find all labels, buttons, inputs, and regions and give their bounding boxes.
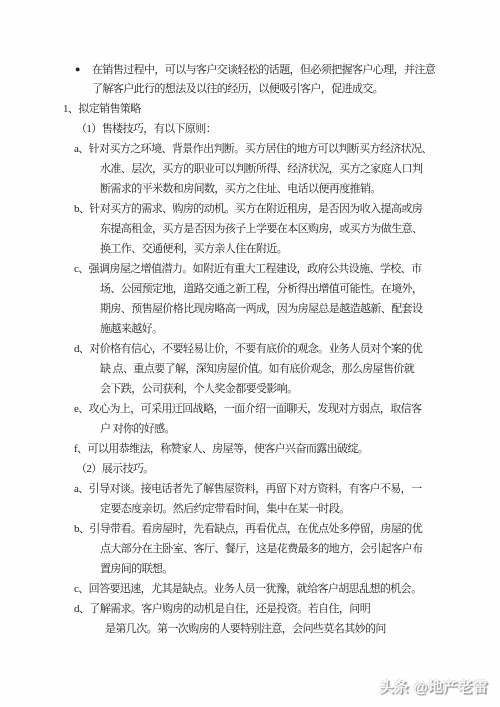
- text-line: 是第几次。第一次购房的人要特别注意，会问些莫名其妙的问: [105, 619, 500, 639]
- text-line: 点大部分在主卧室、客厅、餐厅，这是花费最多的地方，会引起客户布: [100, 539, 500, 559]
- text-line: 定要态度亲切。然后约定带看时间，集中在某一时段。: [100, 499, 500, 519]
- toutiao-watermark: 头条 @地产老雷: [379, 676, 488, 697]
- text-line: 场、公园预定地，道路交通之新工程，分析得出增值可能性。在境外，: [100, 279, 500, 299]
- list-item: c、强调房屋之增值潜力。如附近有重大工程建设，政府公共设施、学校、市: [74, 259, 500, 279]
- list-item: a、引导对谈。接电话者先了解售屋资料，再留下对方资料，有客户不易，一: [74, 479, 500, 499]
- section-heading: 1、拟定销售策略: [63, 99, 500, 119]
- text-line: 期房、预售屋价格比现房略高一两成，因为房屋总是越造越新、配套设: [100, 299, 500, 319]
- list-item: f、可以用恭维法，称赞家人、房屋等，使客户兴奋而露出破绽。: [74, 439, 500, 459]
- list-item: a、针对买方之环境、背景作出判断。买方居住的地方可以判断买方经济状况、: [74, 139, 500, 159]
- list-item: e、攻心为上，可采用迂回战略，一面介绍一面聊天，发现对方弱点，取信客: [74, 399, 500, 419]
- text-line: 断需求的平米数和房间数，买方之住址、电话以便再度推销。: [100, 179, 500, 199]
- subsection-heading: （2）展示技巧。: [76, 459, 500, 479]
- list-item: b、引导带看。看房屋时，先看缺点，再看优点，在优点处多停留，房屋的优: [74, 519, 500, 539]
- subsection-heading: （1）售楼技巧，有以下原则：: [76, 119, 500, 139]
- watermark-text: 头条 @地产老雷: [379, 680, 488, 696]
- document-text-block: ●在销售过程中，可以与客户交谈轻松的话题，但必须把握客户心理，并注意 了解客户此…: [0, 0, 500, 639]
- text-line: 会下跌，公司获利，个人奖金都要受影响。: [100, 379, 500, 399]
- document-page: ●在销售过程中，可以与客户交谈轻松的话题，但必须把握客户心理，并注意 了解客户此…: [0, 0, 500, 707]
- text-line: 换工作、交通便利，买方亲人住在附近。: [100, 239, 500, 259]
- list-item: b、针对买方的需求、购房的动机。买方在附近租房，是否因为收入提高或房: [74, 199, 500, 219]
- bullet-icon: ●: [75, 59, 92, 79]
- bullet-list-item: ●在销售过程中，可以与客户交谈轻松的话题，但必须把握客户心理，并注意: [75, 59, 500, 79]
- text-line: 缺 点、重点要了解，深知房屋价值。如有底价观念，那么房屋售价就: [100, 359, 500, 379]
- text-line: 水准、层次，买方的职业可以判断所得、经济状况，买方之家庭人口判: [100, 159, 500, 179]
- text-line: 户 对你的好感。: [100, 419, 500, 439]
- text-line: 东提高租金，买方是否因为孩子上学要在本区购房，或买方为做生意、: [100, 219, 500, 239]
- text-line: 置房间的联想。: [100, 559, 500, 579]
- text-line: 在销售过程中，可以与客户交谈轻松的话题，但必须把握客户心理，并注意: [92, 64, 435, 76]
- text-line: 施越来越好。: [100, 319, 500, 339]
- list-item: c、回答要迅速，尤其是缺点。业务人员一犹豫，就给客户胡思乱想的机会。: [74, 579, 500, 599]
- list-item: d、了解需求。客户购房的动机是自住，还是投资。若自住，问明: [74, 599, 500, 619]
- list-item: d、对价格有信心，不要轻易让价，不要有底价的观念。业务人员对个案的优: [74, 339, 500, 359]
- text-line: 了解客户此行的想法及以往的经历，以便吸引客户，促进成交。: [92, 79, 500, 99]
